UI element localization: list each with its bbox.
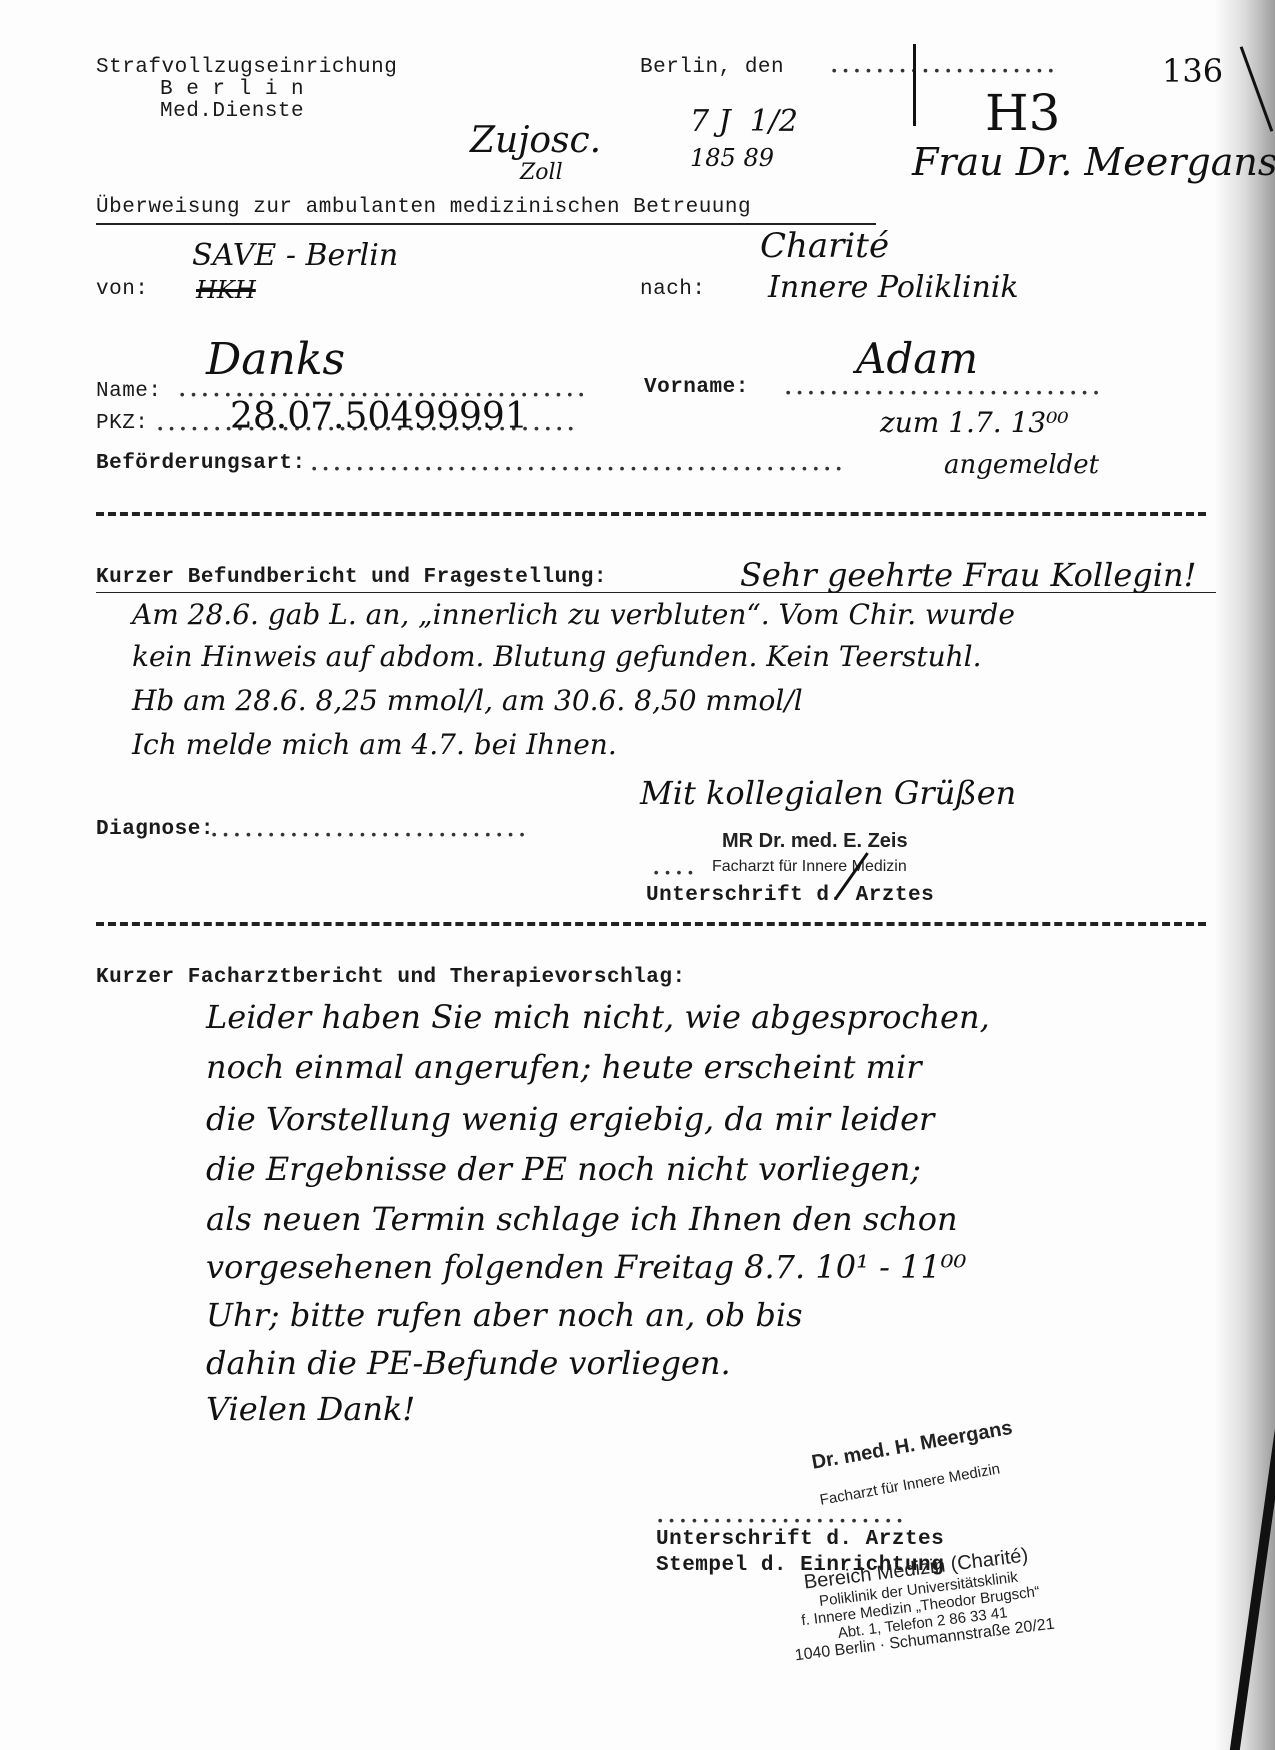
form-title-underline [96,223,876,225]
befund-label: Kurzer Befundbericht und Fragestellung: [96,566,607,589]
nach-label: nach: [640,278,706,301]
doctor-stamp-name: MR Dr. med. E. Zeis [722,830,908,853]
doctor-stamp-title: Facharzt für Innere Medizin [712,858,907,876]
diagnose-dots: •••••••••••••••••••••••••••• [210,828,529,844]
handwritten-note-left-1: Zujosc. [470,120,601,161]
handwritten-recipient: Frau Dr. Meergans [912,140,1275,184]
nach-value-1: Charité [760,226,889,266]
signature1-dots: •••• [652,866,698,882]
befund-line-2: kein Hinweis auf abdom. Blutung gefunden… [132,640,982,673]
page-number: 136 [1162,52,1223,90]
institution-name: Strafvollzugseinrichung [96,56,397,79]
institution-department: Med.Dienste [160,100,304,123]
form-title: Überweisung zur ambulanten medizinischen… [96,196,751,219]
handwritten-note-mid-1: 7 J 1/2 [690,104,798,139]
margin-line [913,44,916,126]
befund-greeting: Sehr geehrte Frau Kollegin! [740,556,1196,594]
facharzt-line-1: Leider haben Sie mich nicht, wie abgespr… [206,998,990,1036]
name-value: Danks [206,334,345,385]
scanned-referral-form: Strafvollzugseinrichung B e r l i n Med.… [0,0,1275,1750]
befund-line-3: Hb am 28.6. 8,25 mmol/l, am 30.6. 8,50 m… [132,684,803,717]
vorname-dots: •••••••••••••••••••••••••••• [784,386,1103,402]
facharzt-line-7: Uhr; bitte rufen aber noch an, ob bis [206,1296,802,1334]
appointment-note-1: zum 1.7. 13⁰⁰ [880,406,1069,439]
befund-line-1: Am 28.6. gab L. an, „innerlich zu verblu… [132,598,1015,631]
befund-line-4: Ich melde mich am 4.7. bei Ihnen. [132,728,617,761]
facharzt-line-6: vorgesehenen folgenden Freitag 8.7. 10¹ … [206,1248,966,1286]
section-divider-1 [96,512,1206,516]
von-struck-value: HKH [196,276,256,304]
facharzt-line-8: dahin die PE-Befunde vorliegen. [206,1344,731,1382]
place-date-label: Berlin, den [640,56,784,79]
facharzt-line-4: die Ergebnisse der PE noch nicht vorlieg… [206,1150,921,1188]
institution-city: B e r l i n [160,78,304,101]
vorname-value: Adam [856,334,978,383]
befund-closing: Mit kollegialen Grüßen [640,774,1016,812]
pkz-label: PKZ: [96,412,148,435]
facharzt-line-3: die Vorstellung wenig ergiebig, da mir l… [206,1100,934,1138]
diagnose-label: Diagnose: [96,818,214,841]
facharzt-label: Kurzer Facharztbericht und Therapievorsc… [96,966,686,989]
handwritten-note-left-2: Zoll [520,160,563,185]
befoerderung-label: Beförderungsart: [96,452,306,475]
facharzt-line-5: als neuen Termin schlage ich Ihnen den s… [206,1200,958,1238]
name-label: Name: [96,380,162,403]
nach-value-2: Innere Poliklinik [768,270,1019,305]
handwritten-note-mid-2: 185 89 [690,144,774,172]
handwritten-ref: H3 [985,84,1060,142]
section-divider-2 [96,922,1206,926]
date-field: •••••••••••••••••••• [830,64,1058,80]
signature1-label: Unterschrift d. Arztes [646,884,934,907]
pkz-value: 28.07.50499991 [230,396,528,437]
signature2-label-1: Unterschrift d. Arztes [656,1528,944,1551]
befoerderung-dots: ••••••••••••••••••••••••••••••••••••••••… [310,462,846,478]
von-value: SAVE - Berlin [192,238,398,273]
facharzt-line-9: Vielen Dank! [206,1390,415,1428]
vorname-label: Vorname: [644,376,749,399]
facharzt-line-2: noch einmal angerufen; heute erscheint m… [206,1048,922,1086]
appointment-note-2: angemeldet [944,450,1099,480]
von-label: von: [96,278,148,301]
